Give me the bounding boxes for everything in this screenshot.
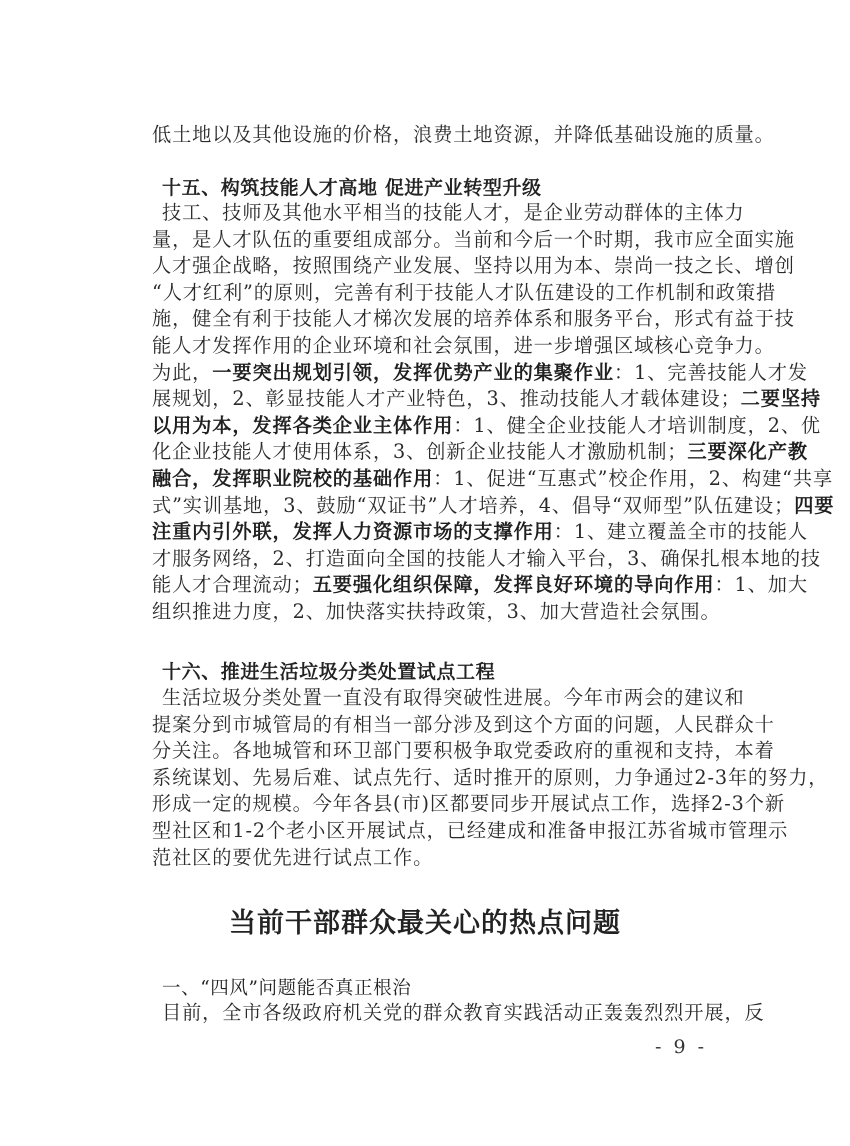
paragraph-line: 量，是人才队伍的重要组成部分。当前和今后一个时期，我市应全面实施 xyxy=(152,228,712,252)
text-run: 型社区和1-2个老小区开展试点，已经建成和准备申报江苏省城市管理示 xyxy=(152,819,788,842)
bold-text-run: 注重内引外联，发挥人力资源市场的支撑作用 xyxy=(152,520,554,543)
chapter-title: 当前干部群众最关心的热点问题 xyxy=(0,906,850,942)
paragraph-line: 系统谋划、先易后难、试点先行、适时推开的原则，力争通过2-3年的努力， xyxy=(152,766,712,790)
text-run: 组织推进力度，2、加快落实扶持政策，3、加大营造社会氛围。 xyxy=(152,600,721,623)
bold-text-run: 三要深化产教 xyxy=(687,440,808,463)
paragraph-line: 形成一定的规模。今年各县(市)区都要同步开展试点工作，选择2-3个新 xyxy=(152,792,712,816)
paragraph-line: 分关注。各地城管和环卫部门要积极争取党委政府的重视和支持，本着 xyxy=(152,739,712,763)
bold-text-run: 一要突出规划引领，发挥优势产业的集聚作业 xyxy=(212,361,614,384)
text-run: 范社区的要优先进行试点工作。 xyxy=(152,846,433,869)
text-run: 人才强企战略，按照围绕产业发展、坚持以用为本、崇尚一技之长、增创 xyxy=(152,254,795,277)
paragraph-line: 技工、技师及其他水平相当的技能人才，是企业劳动群体的主体力 xyxy=(162,201,712,225)
paragraph-line: 注重内引外联，发挥人力资源市场的支撑作用：1、建立覆盖全市的技能人 xyxy=(152,520,712,544)
text-run: 系统谋划、先易后难、试点先行、适时推开的原则，力争通过2-3年的努力， xyxy=(152,766,828,789)
text-run: 式”实训基地，3、鼓励“双证书”人才培养，4、倡导“双师型”队伍建设； xyxy=(152,494,794,517)
carryover-paragraph: 低土地以及其他设施的价格，浪费土地资源，并降低基础设施的质量。 xyxy=(152,123,712,147)
text-run: 形成一定的规模。今年各县(市)区都要同步开展试点工作，选择2-3个新 xyxy=(152,792,785,815)
text-run: 提案分到市城管局的有相当一部分涉及到这个方面的问题，人民群众十 xyxy=(152,713,775,736)
paragraph-line: 化企业技能人才使用体系，3、创新企业技能人才激励机制；三要深化产教 xyxy=(152,440,712,464)
text-run: 展规划，2、彰显技能人才产业特色，3、推动技能人才载体建设； xyxy=(152,387,741,410)
bold-text-run: 以用为本，发挥各类企业主体作用 xyxy=(152,414,453,437)
paragraph-line: 展规划，2、彰显技能人才产业特色，3、推动技能人才载体建设；二要坚持 xyxy=(152,387,712,411)
text-run: 施，健全有利于技能人才梯次发展的培养体系和服务平台，形式有益于技 xyxy=(152,307,795,330)
text-run: ：1、健全企业技能人才培训制度，2、优 xyxy=(453,414,821,437)
paragraph-line: 组织推进力度，2、加快落实扶持政策，3、加大营造社会氛围。 xyxy=(152,600,712,624)
text-run: “人才红利”的原则，完善有利于技能人才队伍建设的工作机制和政策措 xyxy=(152,281,776,304)
paragraph-line: 型社区和1-2个老小区开展试点，已经建成和准备申报江苏省城市管理示 xyxy=(152,819,712,843)
paragraph-line: 式”实训基地，3、鼓励“双证书”人才培养，4、倡导“双师型”队伍建设；四要 xyxy=(152,494,712,518)
paragraph-line: 才服务网络，2、打造面向全国的技能人才输入平台，3、确保扎根本地的技 xyxy=(152,547,712,571)
paragraph-line: 施，健全有利于技能人才梯次发展的培养体系和服务平台，形式有益于技 xyxy=(152,307,712,331)
text-run: 技工、技师及其他水平相当的技能人才，是企业劳动群体的主体力 xyxy=(162,201,745,224)
section-16-heading: 十六、推进生活垃圾分类处置试点工程 xyxy=(162,660,495,684)
paragraph-line: 融合，发挥职业院校的基础作用：1、促进“互惠式”校企作用，2、构建“共享 xyxy=(152,467,712,491)
page-number: - 9 - xyxy=(655,1035,707,1059)
paragraph-line: 人才强企战略，按照围绕产业发展、坚持以用为本、崇尚一技之长、增创 xyxy=(152,254,712,278)
paragraph-line: 以用为本，发挥各类企业主体作用：1、健全企业技能人才培训制度，2、优 xyxy=(152,414,712,438)
text-run: ：1、加大 xyxy=(714,573,807,596)
text-run: 能人才发挥作用的企业环境和社会氛围，进一步增强区域核心竞争力。 xyxy=(152,334,775,357)
text-run: 分关注。各地城管和环卫部门要积极争取党委政府的重视和支持，本着 xyxy=(152,739,775,762)
text-run: ：1、完善技能人才发 xyxy=(614,361,808,384)
paragraph-line: 能人才发挥作用的企业环境和社会氛围，进一步增强区域核心竞争力。 xyxy=(152,334,712,358)
chapter-subheading: 一、“四风”问题能否真正根治 xyxy=(162,977,411,1001)
paragraph-line: 提案分到市城管局的有相当一部分涉及到这个方面的问题，人民群众十 xyxy=(152,713,712,737)
paragraph-line: 生活垃圾分类处置一直没有取得突破性进展。今年市两会的建议和 xyxy=(162,686,712,710)
paragraph-line: 范社区的要优先进行试点工作。 xyxy=(152,846,712,870)
text-run: ：1、促进“互惠式”校企作用，2、构建“共享 xyxy=(433,467,833,490)
text-run: 生活垃圾分类处置一直没有取得突破性进展。今年市两会的建议和 xyxy=(162,686,745,709)
document-page: 低土地以及其他设施的价格，浪费土地资源，并降低基础设施的质量。 十五、构筑技能人… xyxy=(0,0,850,1146)
text-run: 量，是人才队伍的重要组成部分。当前和今后一个时期，我市应全面实施 xyxy=(152,228,795,251)
bold-text-run: 融合，发挥职业院校的基础作用 xyxy=(152,467,433,490)
paragraph-line: “人才红利”的原则，完善有利于技能人才队伍建设的工作机制和政策措 xyxy=(152,281,712,305)
paragraph-line: 为此，一要突出规划引领，发挥优势产业的集聚作业：1、完善技能人才发 xyxy=(152,361,712,385)
paragraph-line: 能人才合理流动；五要强化组织保障，发挥良好环境的导向作用：1、加大 xyxy=(152,573,712,597)
text-run: 化企业技能人才使用体系，3、创新企业技能人才激励机制； xyxy=(152,440,687,463)
bold-text-run: 二要坚持 xyxy=(741,387,821,410)
text-run: 为此， xyxy=(152,361,212,384)
text-run: 才服务网络，2、打造面向全国的技能人才输入平台，3、确保扎根本地的技 xyxy=(152,547,821,570)
bold-text-run: 四要 xyxy=(794,494,834,517)
text-run: ：1、建立覆盖全市的技能人 xyxy=(554,520,808,543)
section-15-heading: 十五、构筑技能人才高地 促进产业转型升级 xyxy=(162,176,542,200)
text-run: 能人才合理流动； xyxy=(152,573,313,596)
bold-text-run: 五要强化组织保障，发挥良好环境的导向作用 xyxy=(313,573,715,596)
chapter-first-line: 目前，全市各级政府机关党的群众教育实践活动正轰轰烈烈开展，反 xyxy=(162,1001,712,1025)
